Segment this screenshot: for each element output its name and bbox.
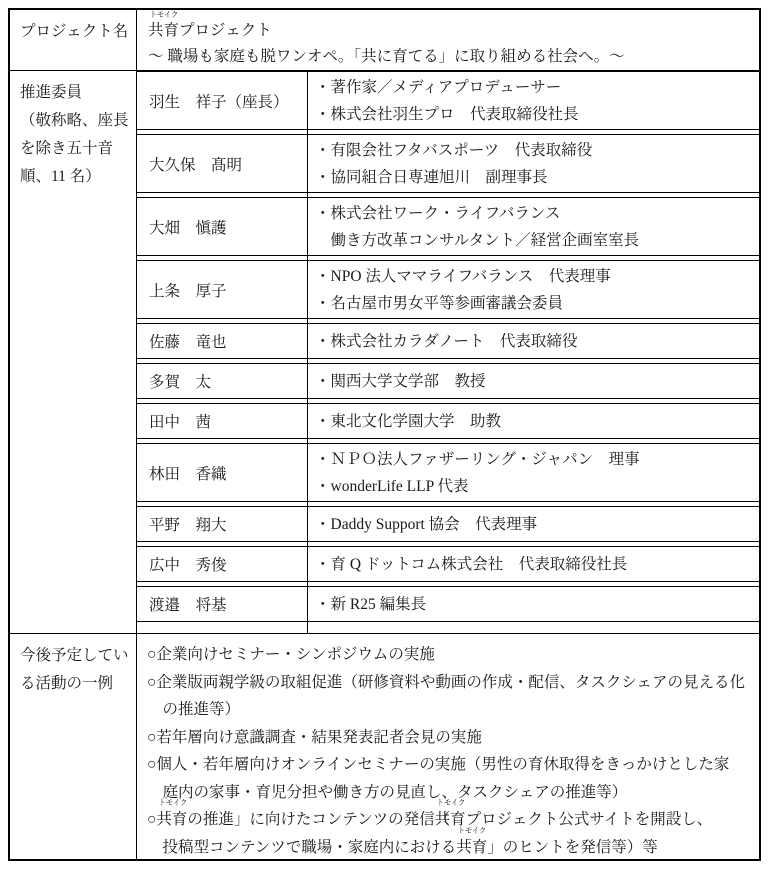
committee-member-row: 林田 香織・ＮＰＯ法人ファザーリング・ジャパン 理事・wonderLife LL… [137, 443, 759, 502]
activities-label: 今後予定している活動の一例 [10, 634, 137, 859]
activity-item: ○企業向けセミナー・シンポジウムの実施 [147, 641, 755, 669]
member-name: 平野 翔大 [137, 507, 307, 541]
furigana-text: トモイク [451, 799, 465, 807]
member-name: 林田 香織 [137, 444, 307, 501]
member-titles: ・株式会社カラダノート 代表取締役 [307, 324, 759, 358]
member-titles: ・株式会社ワーク・ライフバランス 働き方改革コンサルタント／経営企画室室長 [307, 198, 759, 255]
activity-item: ○若年層向け意識調査・結果発表記者会見の実施 [147, 724, 755, 752]
project-overview-table: プロジェクト名 トモイク共育プロジェクト ～ 職場も家庭も脱ワンオペ。「共に育て… [8, 8, 761, 861]
member-title-line: ・新 R25 編集長 [315, 591, 759, 618]
activity-item: ○「トモイク共育の推進」に向けたコンテンツの発信（トモイク共育プロジェクト公式サ… [147, 806, 755, 859]
activities-row: 今後予定している活動の一例 ○企業向けセミナー・シンポジウムの実施○企業版両親学… [10, 633, 759, 859]
committee-member-row: 大畑 愼護・株式会社ワーク・ライフバランス 働き方改革コンサルタント／経営企画室… [137, 197, 759, 256]
member-title-line: ・wonderLife LLP 代表 [315, 473, 759, 500]
member-name: 上条 厚子 [137, 261, 307, 318]
member-titles: ・東北文化学園大学 助教 [307, 404, 759, 438]
committee-row: 推進委員（敬称略、座長を除き五十音順、11 名） 羽生 祥子（座長）・著作家／メ… [10, 70, 759, 633]
committee-member-row: 田中 茜・東北文化学園大学 助教 [137, 403, 759, 439]
member-title-line: ・Daddy Support 協会 代表理事 [315, 511, 759, 538]
furigana-term: トモイク共育 [148, 18, 179, 44]
committee-member-row: 多賀 太・関西大学文学部 教授 [137, 363, 759, 399]
member-titles: ・Daddy Support 協会 代表理事 [307, 507, 759, 541]
project-name-content: トモイク共育プロジェクト ～ 職場も家庭も脱ワンオペ。「共に育てる」に取り組める… [137, 10, 759, 70]
member-title-line: ・関西大学文学部 教授 [315, 368, 759, 395]
project-name-row: プロジェクト名 トモイク共育プロジェクト ～ 職場も家庭も脱ワンオペ。「共に育て… [10, 10, 759, 70]
member-name: 多賀 太 [137, 364, 307, 398]
member-title-line: ・名古屋市男女平等参画審議会委員 [315, 290, 759, 317]
member-titles: ・有限会社フタバスポーツ 代表取締役・協同組合日専連旭川 副理事長 [307, 135, 759, 192]
committee-member-row: 羽生 祥子（座長）・著作家／メディアプロデューサー・株式会社羽生プロ 代表取締役… [137, 71, 759, 130]
member-title-line: ・ＮＰＯ法人ファザーリング・ジャパン 理事 [315, 446, 759, 473]
committee-member-row: 上条 厚子・NPO 法人ママライフバランス 代表理事・名古屋市男女平等参画審議会… [137, 260, 759, 319]
member-name: 大畑 愼護 [137, 198, 307, 255]
project-subtitle: ～ 職場も家庭も脱ワンオペ。「共に育てる」に取り組める社会へ。～ [148, 44, 753, 70]
furigana-term: トモイク共育 [472, 834, 488, 860]
member-title-line: ・NPO 法人ママライフバランス 代表理事 [315, 263, 759, 290]
committee-member-row: 佐藤 竜也・株式会社カラダノート 代表取締役 [137, 323, 759, 359]
member-title-line: ・協同組合日専連旭川 副理事長 [315, 164, 759, 191]
member-title-line: 働き方改革コンサルタント／経営企画室室長 [315, 227, 759, 254]
activities-list: ○企業向けセミナー・シンポジウムの実施○企業版両親学級の取組促進（研修資料や動画… [137, 634, 759, 859]
committee-member-row: 平野 翔大・Daddy Support 協会 代表理事 [137, 506, 759, 542]
project-title: トモイク共育プロジェクト [148, 18, 753, 44]
member-titles: ・ＮＰＯ法人ファザーリング・ジャパン 理事・wonderLife LLP 代表 [307, 444, 759, 501]
project-name-label: プロジェクト名 [10, 10, 137, 70]
furigana-text: トモイク [149, 11, 177, 19]
committee-member-row: 大久保 髙明・有限会社フタバスポーツ 代表取締役・協同組合日専連旭川 副理事長 [137, 134, 759, 193]
document-page: プロジェクト名 トモイク共育プロジェクト ～ 職場も家庭も脱ワンオペ。「共に育て… [0, 0, 769, 870]
member-name: 羽生 祥子（座長） [137, 72, 307, 129]
committee-member-row: 渡邉 将基・新 R25 編集長 [137, 586, 759, 622]
member-titles: ・著作家／メディアプロデューサー・株式会社羽生プロ 代表取締役社長 [307, 72, 759, 129]
furigana-text: トモイク [172, 799, 186, 807]
member-title-line: ・株式会社羽生プロ 代表取締役社長 [315, 101, 759, 128]
member-titles: ・育 Q ドットコム株式会社 代表取締役社長 [307, 547, 759, 581]
member-name: 渡邉 将基 [137, 587, 307, 621]
member-title-line: ・有限会社フタバスポーツ 代表取締役 [315, 137, 759, 164]
member-title-line: ・株式会社カラダノート 代表取締役 [315, 328, 759, 355]
committee-label: 推進委員（敬称略、座長を除き五十音順、11 名） [10, 71, 137, 633]
committee-member-list: 羽生 祥子（座長）・著作家／メディアプロデューサー・株式会社羽生プロ 代表取締役… [137, 71, 759, 633]
member-title-line: ・株式会社ワーク・ライフバランス [315, 200, 759, 227]
member-name: 広中 秀俊 [137, 547, 307, 581]
furigana-text: トモイク [472, 827, 486, 835]
furigana-term: トモイク共育 [172, 806, 188, 834]
member-titles: ・関西大学文学部 教授 [307, 364, 759, 398]
member-name: 田中 茜 [137, 404, 307, 438]
member-title-line: ・著作家／メディアプロデューサー [315, 74, 759, 101]
member-name: 大久保 髙明 [137, 135, 307, 192]
member-title-line: ・東北文化学園大学 助教 [315, 408, 759, 435]
member-title-line: ・育 Q ドットコム株式会社 代表取締役社長 [315, 551, 759, 578]
member-titles: ・NPO 法人ママライフバランス 代表理事・名古屋市男女平等参画審議会委員 [307, 261, 759, 318]
activity-item: ○企業版両親学級の取組促進（研修資料や動画の作成・配信、タスクシェアの見える化の… [147, 669, 755, 724]
member-name: 佐藤 竜也 [137, 324, 307, 358]
committee-member-row: 広中 秀俊・育 Q ドットコム株式会社 代表取締役社長 [137, 546, 759, 582]
member-titles: ・新 R25 編集長 [307, 587, 759, 621]
